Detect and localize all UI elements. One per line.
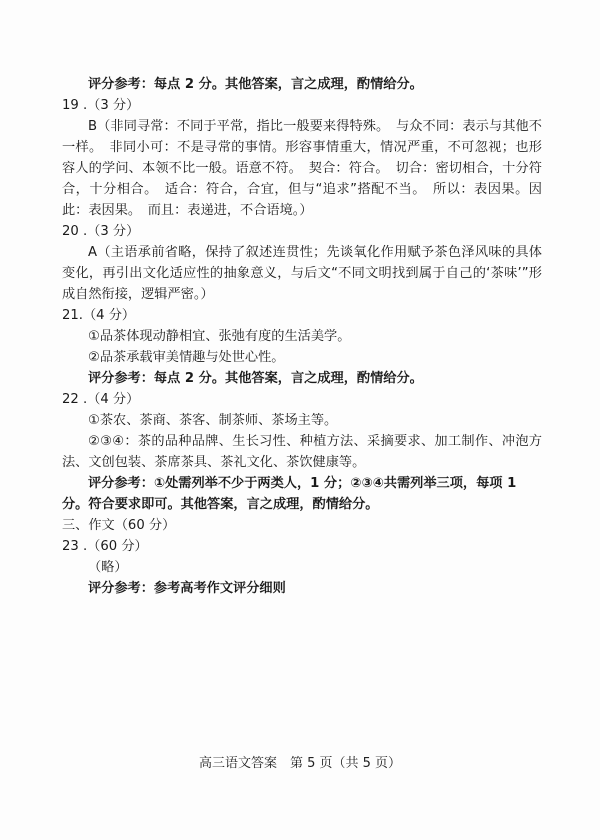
question-19-header: 19 .（3 分） — [62, 95, 542, 116]
page-footer: 高三语文答案 第 5 页（共 5 页） — [0, 752, 600, 771]
question-20-header: 20 .（3 分） — [62, 221, 542, 242]
question-23-answer: （略） — [62, 557, 542, 578]
question-22-header: 22 .（4 分） — [62, 389, 542, 410]
score-reference: 评分参考：参考高考作文评分细则 — [62, 578, 542, 599]
score-reference: 评分参考：①处需列举不少于两类人，1 分；②③④共需列举三项，每项 1 分。符合… — [62, 473, 542, 515]
score-reference: 评分参考：每点 2 分。其他答案，言之成理，酌情给分。 — [62, 74, 542, 95]
section-3-heading: 三、作文（60 分） — [62, 515, 542, 536]
score-reference: 评分参考：每点 2 分。其他答案，言之成理，酌情给分。 — [62, 368, 542, 389]
question-23-header: 23 .（60 分） — [62, 536, 542, 557]
question-21-point-2: ②品茶承载审美情趣与处世心性。 — [62, 347, 542, 368]
question-19-answer: B（非同寻常：不同于平常，指比一般要来得特殊。 与众不同：表示与其他不一样。 非… — [62, 116, 542, 221]
question-20-answer: A（主语承前省略，保持了叙述连贯性；先谈氧化作用赋予茶色泽风味的具体变化，再引出… — [62, 242, 542, 305]
document-page: 评分参考：每点 2 分。其他答案，言之成理，酌情给分。 19 .（3 分） B（… — [0, 0, 600, 840]
question-22-point-2: ②③④：茶的品种品牌、生长习性、种植方法、采摘要求、加工制作、冲泡方法、文创包装… — [62, 431, 542, 473]
question-21-header: 21.（4 分） — [62, 305, 542, 326]
question-22-point-1: ①茶农、茶商、茶客、制茶师、茶场主等。 — [62, 410, 542, 431]
answer-content: 评分参考：每点 2 分。其他答案，言之成理，酌情给分。 19 .（3 分） B（… — [62, 74, 542, 599]
question-21-point-1: ①品茶体现动静相宜、张弛有度的生活美学。 — [62, 326, 542, 347]
